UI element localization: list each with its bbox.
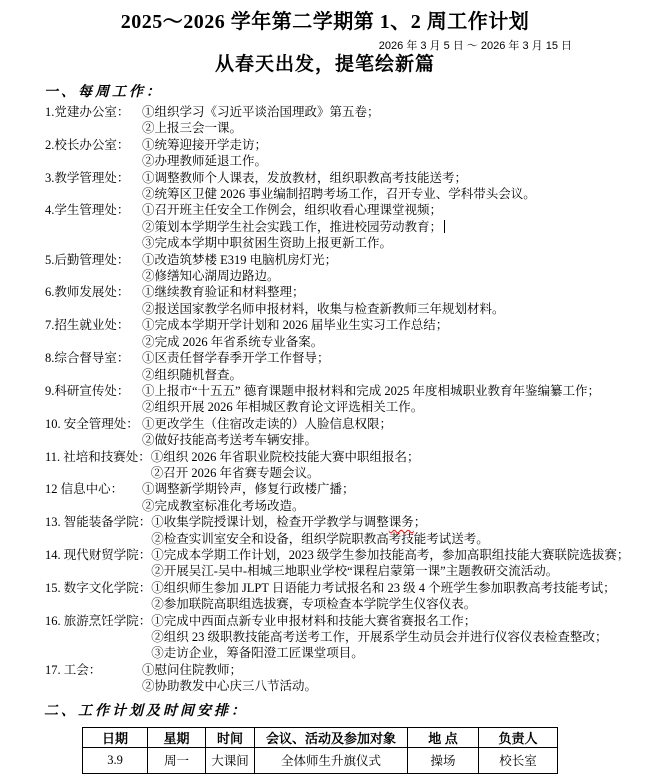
page-title: 2025～2026 学年第二学期第 1、2 周工作计划 [0, 5, 650, 34]
department-label: 3.教学管理处： [45, 170, 142, 186]
department-label: 2.校长办公室： [45, 137, 142, 153]
work-item: 17. 工会：①慰问住院教师；②协助教发中心庆三八节活动。 [45, 662, 650, 695]
schedule-table-body: 3.9周一大课间全体师生升旗仪式操场校长室 [83, 747, 558, 773]
section1-heading: 一、每周工作： [44, 81, 650, 101]
table-cell: 周一 [148, 747, 206, 773]
department-label: 7.招生就业处： [45, 317, 142, 333]
work-item: 6.教师发展处：①继续教育验证和材料整理；②报送国家教学名师申报材料，收集与检查… [45, 284, 650, 317]
task-line: ①调整新学期铃声，修复行政楼广播； [142, 481, 650, 497]
weekly-work-list: 1.党建办公室：①组织学习《习近平谈治国理政》第五卷；②上报三会一课。2.校长办… [45, 104, 650, 695]
task-line: ②做好技能高考送考车辆安排。 [142, 432, 650, 448]
task-line: ①组织学习《习近平谈治国理政》第五卷； [142, 104, 650, 120]
schedule-table-head: 日期星期时间会议、活动及参加对象地 点负责人 [83, 727, 558, 747]
task-line: ①改造筑梦楼 E319 电脑机房灯光； [142, 252, 650, 268]
task-lines: ①召开班主任安全工作例会，组织收看心理课堂视频；②策划本学期学生社会实践工作，推… [142, 202, 650, 251]
department-label: 12 信息中心： [45, 481, 142, 497]
task-line: ①更改学生（住宿改走读的）人脸信息权限； [142, 416, 650, 432]
task-line: ①完成中西面点新专业申报材料和技能大赛省赛报名工作； [151, 613, 650, 629]
work-item: 14. 现代财贸学院：①完成本学期工作计划，2023 级学生参加技能高考，参加高… [45, 547, 650, 580]
work-item: 11. 社培和技赛处：①组织 2026 年省职业院校技能大赛中职组报名；②召开 … [45, 449, 650, 482]
task-line: ①区责任督学春季开学工作督导； [142, 350, 650, 366]
work-item: 5.后勤管理处：①改造筑梦楼 E319 电脑机房灯光；②修缮知心湖周边路边。 [45, 252, 650, 285]
work-item: 15. 数字文化学院：①组织师生参加 JLPT 日语能力考试报名和 23 级 4… [45, 580, 650, 613]
task-line: ①上报市“十五五” 德育课题申报材料和完成 2025 年度相城职业教育年鉴编纂工… [142, 383, 650, 399]
task-lines: ①完成本学期工作计划，2023 级学生参加技能高考，参加高职组技能大赛联院选拔赛… [151, 547, 650, 580]
section2-heading: 二、工作计划及时间安排： [44, 700, 650, 720]
table-cell: 操场 [408, 747, 479, 773]
task-line: ②召开 2026 年省赛专题会议。 [151, 465, 650, 481]
task-line: ②上报三会一课。 [142, 120, 650, 136]
work-item: 9.科研宣传处：①上报市“十五五” 德育课题申报材料和完成 2025 年度相城职… [45, 383, 650, 416]
task-lines: ①组织师生参加 JLPT 日语能力考试报名和 23 级 4 个班学生参加职教高考… [151, 580, 650, 613]
table-header-cell: 地 点 [408, 727, 479, 747]
task-line: ①收集学院授课计划，检查开学教学与调整课务； [151, 514, 650, 530]
department-label: 5.后勤管理处： [45, 252, 142, 268]
task-line: ①组织 2026 年省职业院校技能大赛中职组报名； [151, 449, 650, 465]
department-label: 13. 智能装备学院： [45, 514, 151, 530]
task-line: ②参加联院高职组选拔赛，专项检查本学院学生仪容仪表。 [151, 596, 650, 612]
work-item: 10. 安全管理处：①更改学生（住宿改走读的）人脸信息权限；②做好技能高考送考车… [45, 416, 650, 449]
task-line: ②完成 2026 年省系统专业备案。 [142, 334, 650, 350]
department-label: 1.党建办公室： [45, 104, 142, 120]
task-lines: ①慰问住院教师；②协助教发中心庆三八节活动。 [142, 662, 650, 695]
work-item: 13. 智能装备学院：①收集学院授课计划，检查开学教学与调整课务；②检查实训室安… [45, 514, 650, 547]
department-label: 6.教师发展处： [45, 284, 142, 300]
table-cell: 大课间 [206, 747, 255, 773]
table-cell: 校长室 [479, 747, 558, 773]
task-line: ②组织开展 2026 年相城区教育论文评选相关工作。 [142, 399, 650, 415]
work-item: 2.校长办公室：①统筹迎接开学走访；②办理教师延退工作。 [45, 137, 650, 170]
task-line: ①组织师生参加 JLPT 日语能力考试报名和 23 级 4 个班学生参加职教高考… [151, 580, 650, 596]
task-lines: ①继续教育验证和材料整理；②报送国家教学名师申报材料，收集与检查新教师三年规划材… [142, 284, 650, 317]
table-header-cell: 时间 [206, 727, 255, 747]
task-lines: ①组织学习《习近平谈治国理政》第五卷；②上报三会一课。 [142, 104, 650, 137]
task-line: ①完成本学期开学计划和 2026 届毕业生实习工作总结； [142, 317, 650, 333]
work-item: 7.招生就业处：①完成本学期开学计划和 2026 届毕业生实习工作总结；②完成 … [45, 317, 650, 350]
spellcheck-underline: 课务 [389, 515, 414, 529]
task-line: ①调整教师个人课表，发放教材，组织职教高考技能送考； [142, 170, 650, 186]
task-line: ②组织 23 级职教技能高考送考工作，开展系学生动员会并进行仪容仪表检查整改； [151, 629, 650, 645]
task-lines: ①更改学生（住宿改走读的）人脸信息权限；②做好技能高考送考车辆安排。 [142, 416, 650, 449]
task-lines: ①调整新学期铃声，修复行政楼广播；②完成教室标准化考场改造。 [142, 481, 650, 514]
department-label: 16. 旅游烹饪学院： [45, 613, 151, 629]
task-line: ②开展吴江-吴中-相城三地职业学校“课程启蒙第一课”主题教研交流活动。 [151, 563, 650, 579]
work-item: 3.教学管理处：①调整教师个人课表，发放教材，组织职教高考技能送考；②统筹区卫健… [45, 170, 650, 203]
task-line: ①慰问住院教师； [142, 662, 650, 678]
schedule-table: 日期星期时间会议、活动及参加对象地 点负责人 3.9周一大课间全体师生升旗仪式操… [82, 727, 558, 774]
department-label: 8.综合督导室： [45, 350, 142, 366]
work-item: 1.党建办公室：①组织学习《习近平谈治国理政》第五卷；②上报三会一课。 [45, 104, 650, 137]
task-line: ③走访企业，筹备阳澄工匠课堂项目。 [151, 645, 650, 661]
department-label: 17. 工会： [45, 662, 142, 678]
department-label: 14. 现代财贸学院： [45, 547, 151, 563]
table-cell: 全体师生升旗仪式 [255, 747, 408, 773]
task-line: ②修缮知心湖周边路边。 [142, 268, 650, 284]
table-row: 3.9周一大课间全体师生升旗仪式操场校长室 [83, 747, 558, 773]
table-cell: 3.9 [83, 747, 148, 773]
document-page[interactable]: 2025～2026 学年第二学期第 1、2 周工作计划 2026 年 3 月 5… [0, 5, 650, 776]
department-label: 4.学生管理处： [45, 202, 142, 218]
task-line: ②完成教室标准化考场改造。 [142, 498, 650, 514]
work-item: 8.综合督导室：①区责任督学春季开学工作督导；②组织随机督查。 [45, 350, 650, 383]
work-item: 12 信息中心：①调整新学期铃声，修复行政楼广播；②完成教室标准化考场改造。 [45, 481, 650, 514]
task-lines: ①组织 2026 年省职业院校技能大赛中职组报名；②召开 2026 年省赛专题会… [151, 449, 650, 482]
table-header-cell: 星期 [148, 727, 206, 747]
task-lines: ①完成中西面点新专业申报材料和技能大赛省赛报名工作；②组织 23 级职教技能高考… [151, 613, 650, 662]
task-line: ①统筹迎接开学走访； [142, 137, 650, 153]
task-line: ①完成本学期工作计划，2023 级学生参加技能高考，参加高职组技能大赛联院选拔赛… [151, 547, 650, 563]
task-line: ②检查实训室安全和设备，组织学院职教高考技能考试送考。 [151, 531, 650, 547]
task-line: ②报送国家教学名师申报材料，收集与检查新教师三年规划材料。 [142, 301, 650, 317]
task-line: ②组织随机督查。 [142, 367, 650, 383]
table-header-cell: 负责人 [479, 727, 558, 747]
work-item: 16. 旅游烹饪学院：①完成中西面点新专业申报材料和技能大赛省赛报名工作；②组织… [45, 613, 650, 662]
task-line: ②办理教师延退工作。 [142, 153, 650, 169]
task-line: ①召开班主任安全工作例会，组织收看心理课堂视频； [142, 202, 650, 218]
task-lines: ①调整教师个人课表，发放教材，组织职教高考技能送考；②统筹区卫健 2026 事业… [142, 170, 650, 203]
task-lines: ①收集学院授课计划，检查开学教学与调整课务；②检查实训室安全和设备，组织学院职教… [151, 514, 650, 547]
department-label: 15. 数字文化学院： [45, 580, 151, 596]
task-lines: ①改造筑梦楼 E319 电脑机房灯光；②修缮知心湖周边路边。 [142, 252, 650, 285]
task-lines: ①完成本学期开学计划和 2026 届毕业生实习工作总结；②完成 2026 年省系… [142, 317, 650, 350]
table-header-cell: 会议、活动及参加对象 [255, 727, 408, 747]
department-label: 9.科研宣传处： [45, 383, 142, 399]
task-line: ①继续教育验证和材料整理； [142, 284, 650, 300]
department-label: 11. 社培和技赛处： [45, 449, 151, 465]
task-lines: ①统筹迎接开学走访；②办理教师延退工作。 [142, 137, 650, 170]
task-line: ③完成本学期中职贫困生资助上报更新工作。 [142, 235, 650, 251]
task-line: ②协助教发中心庆三八节活动。 [142, 678, 650, 694]
table-header-cell: 日期 [83, 727, 148, 747]
task-line: ②统筹区卫健 2026 事业编制招聘考场工作，召开专业、学科带头会议。 [142, 186, 650, 202]
department-label: 10. 安全管理处： [45, 416, 142, 432]
task-lines: ①上报市“十五五” 德育课题申报材料和完成 2025 年度相城职业教育年鉴编纂工… [142, 383, 650, 416]
task-line: ②策划本学期学生社会实践工作，推进校园劳动教育； [142, 219, 650, 235]
text-cursor [444, 220, 445, 233]
work-item: 4.学生管理处：①召开班主任安全工作例会，组织收看心理课堂视频；②策划本学期学生… [45, 202, 650, 251]
task-lines: ①区责任督学春季开学工作督导；②组织随机督查。 [142, 350, 650, 383]
subtitle: 从春天出发，提笔绘新篇 [0, 49, 650, 76]
